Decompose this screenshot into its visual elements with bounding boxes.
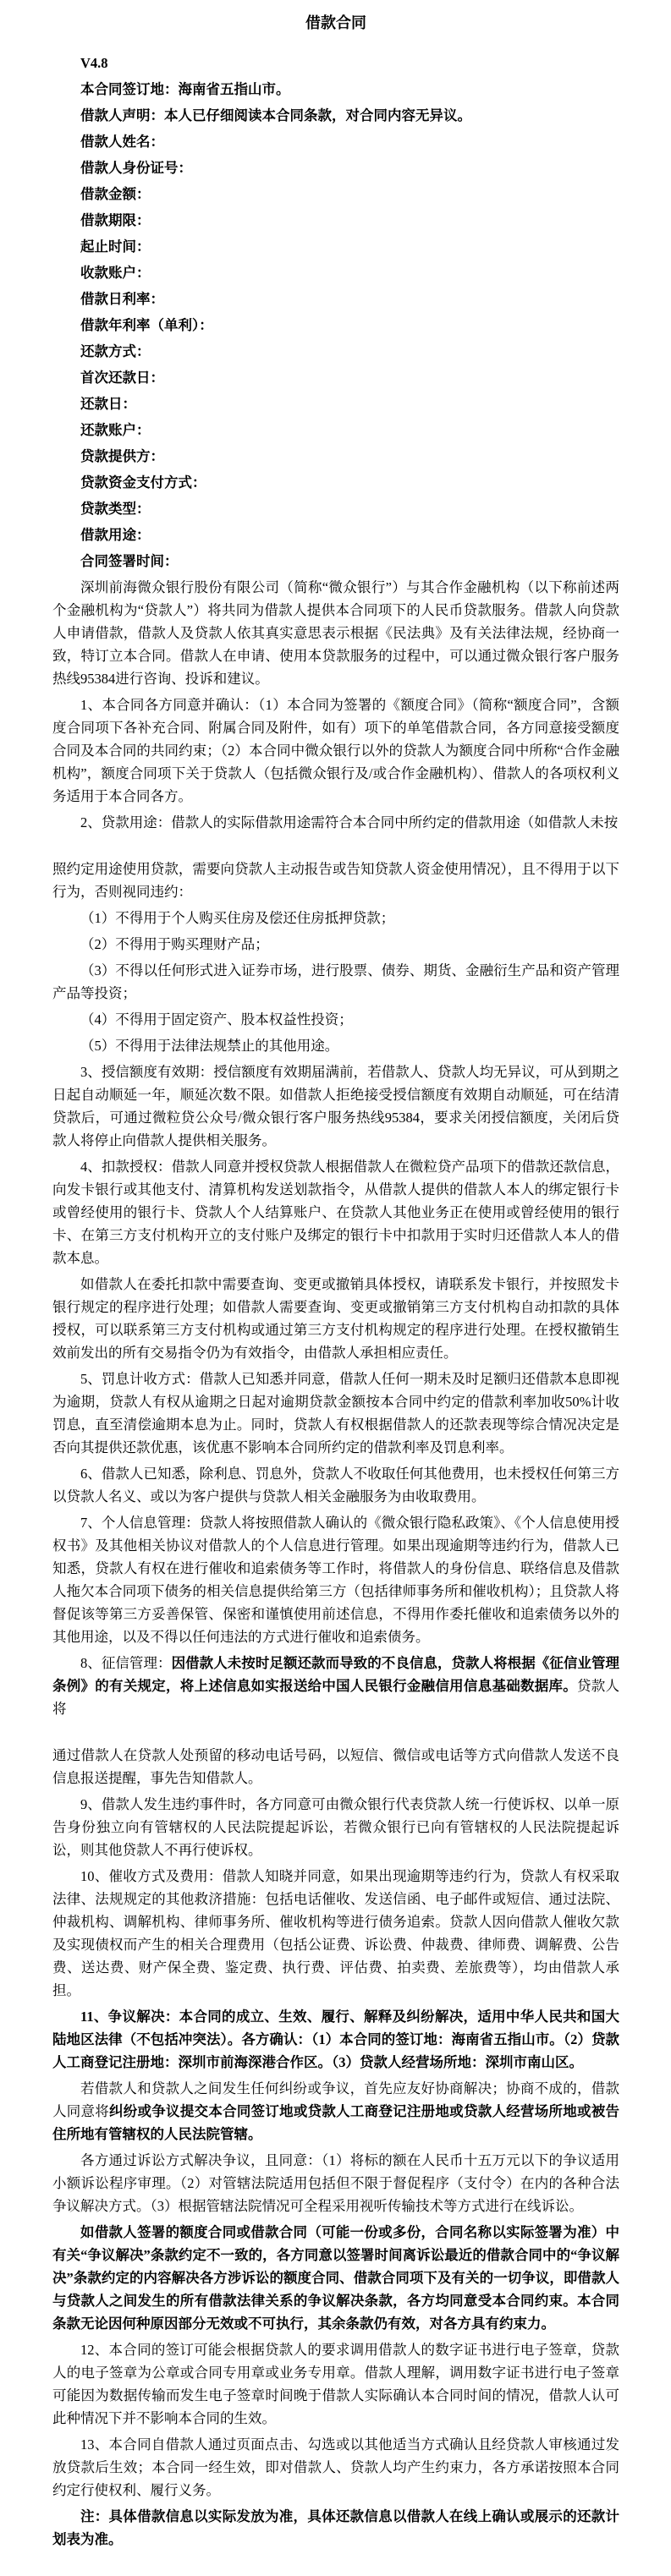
text-run: 8、征信管理：: [80, 1655, 172, 1671]
clause-8-part1: 8、征信管理：因借款人未按时足额还款而导致的不良信息，贷款人将根据《征信业管理条…: [52, 1652, 619, 1720]
field-annual-interest-rate: 借款年利率（单利）：: [52, 314, 619, 337]
text-run: 5、罚息计收方式：借款人已知悉并同意，借款人任何一期未及时足额归还借款本息即视为…: [52, 1371, 619, 1455]
clause-5: 5、罚息计收方式：借款人已知悉并同意，借款人任何一期未及时足额归还借款本息即视为…: [52, 1367, 619, 1459]
text-run: 借款人姓名：: [80, 134, 164, 150]
clause-11: 11、争议解决：本合同的成立、生效、履行、解释及纠纷解决，适用中华人民共和国大陆…: [52, 2005, 619, 2074]
clause-12: 12、本合同的签订可能会根据贷款人的要求调用借款人的数字证书进行电子签章，贷款人…: [52, 2338, 619, 2430]
clause-2-part2: 照约定用途使用贷款，需要向贷款人主动报告或告知贷款人资金使用情况），且不得用于以…: [52, 858, 619, 903]
text-run: 本合同签订地：海南省五指山市。: [80, 81, 290, 97]
field-repayment-account: 还款账户：: [52, 419, 619, 441]
clause-2-item-3: （3）不得以任何形式进入证券市场，进行股票、债券、期货、金融衍生产品和资产管理产…: [52, 959, 619, 1005]
text-run: 首次还款日：: [80, 370, 164, 386]
clause-11-negotiation: 若借款人和贷款人之间发生任何纠纷或争议，首先应友好协商解决；协商不成的，借款人同…: [52, 2077, 619, 2146]
text-run: 起止时间：: [80, 238, 151, 255]
field-repayment-method: 还款方式：: [52, 340, 619, 363]
text-run: 10、催收方式及费用：借款人知晓并同意，如果出现逾期等违约行为，贷款人有权采取法…: [52, 1868, 619, 1998]
clause-2-item-4: （4）不得用于固定资产、股本权益性投资；: [52, 1008, 619, 1031]
clause-3: 3、授信额度有效期：授信额度有效期届满前，若借款人、贷款人均无异议，可从到期之日…: [52, 1061, 619, 1152]
clause-2-item-2: （2）不得用于购买理财产品；: [52, 933, 619, 956]
text-run: 9、借款人发生违约事件时，各方同意可由微众银行代表贷款人统一行使诉权、以单一原告…: [52, 1796, 619, 1858]
field-loan-purpose: 借款用途：: [52, 523, 619, 546]
field-repayment-date: 还款日：: [52, 392, 619, 415]
clause-11-litigation: 各方通过诉讼方式解决争议，且同意：（1）将标的额在人民币十五万元以下的争议适用小…: [52, 2149, 619, 2217]
text-run: 贷款资金支付方式：: [80, 474, 206, 491]
text-run: 借款用途：: [80, 527, 151, 543]
text-run: 深圳前海微众银行股份有限公司（简称“微众银行”）与其合作金融机构（以下称前述两个…: [52, 579, 619, 687]
text-run: 注：具体借款信息以实际发放为准，具体还款信息以借款人在线上确认或展示的还款计划表…: [52, 2508, 619, 2547]
clause-8-part2: 通过借款人在贷款人处预留的移动电话号码，以短信、微信或电话等方式向借款人发送不良…: [52, 1744, 619, 1789]
text-run: 如借款人在委托扣款中需要查询、变更或撤销具体授权，请联系发卡银行，并按照发卡银行…: [52, 1276, 619, 1361]
text-run: 3、授信额度有效期：授信额度有效期届满前，若借款人、贷款人均无异议，可从到期之日…: [52, 1064, 619, 1148]
clause-7: 7、个人信息管理：贷款人将按照借款人确认的《微众银行隐私政策》、《个人信息使用授…: [52, 1511, 619, 1648]
clause-6: 6、借款人已知悉，除利息、罚息外，贷款人不收取任何其他费用，也未授权任何第三方以…: [52, 1462, 619, 1508]
field-loan-type: 贷款类型：: [52, 497, 619, 520]
field-borrower-name: 借款人姓名：: [52, 130, 619, 153]
text-run: （5）不得用于法律法规禁止的其他用途。: [80, 1038, 338, 1054]
field-first-repayment-date: 首次还款日：: [52, 366, 619, 389]
text-run: 6、借款人已知悉，除利息、罚息外，贷款人不收取任何其他费用，也未授权任何第三方以…: [52, 1466, 619, 1504]
text-run: 合同签署时间：: [80, 553, 179, 569]
text-run: 借款人声明：本人已仔细阅读本合同条款，对合同内容无异议。: [80, 107, 471, 123]
text-run: 借款期限：: [80, 212, 151, 228]
text-run: （3）不得以任何形式进入证券市场，进行股票、债券、期货、金融衍生产品和资产管理产…: [52, 962, 619, 1001]
clause-4: 4、扣款授权：借款人同意并授权贷款人根据借款人在微粒贷产品项下的借款还款信息，向…: [52, 1155, 619, 1269]
text-run: 各方通过诉讼方式解决争议，且同意：（1）将标的额在人民币十五万元以下的争议适用小…: [52, 2152, 619, 2214]
document-title: 借款合同: [52, 12, 619, 35]
clause-2-part1: 2、贷款用途：借款人的实际借款用途需符合本合同中所约定的借款用途（如借款人未按: [52, 811, 619, 834]
text-run: 借款人身份证号：: [80, 160, 192, 176]
text-run: 2、贷款用途：借款人的实际借款用途需符合本合同中所约定的借款用途（如借款人未按: [80, 814, 618, 830]
text-run: 借款日利率：: [80, 291, 164, 307]
field-loan-amount: 借款金额：: [52, 183, 619, 206]
field-borrower-declaration: 借款人声明：本人已仔细阅读本合同条款，对合同内容无异议。: [52, 104, 619, 127]
text-run: 收款账户：: [80, 265, 151, 281]
field-receiving-account: 收款账户：: [52, 261, 619, 284]
text-run: 1、本合同各方同意并确认：（1）本合同为签署的《额度合同》（简称“额度合同”，含…: [52, 697, 619, 804]
field-borrower-id-number: 借款人身份证号：: [52, 156, 619, 179]
text-run: 纠纷或争议提交本合同签订地或贷款人工商登记注册地或贷款人经营场所地或被告住所地有…: [52, 2103, 619, 2142]
text-run: 还款方式：: [80, 343, 151, 359]
text-run: 12、本合同的签订可能会根据贷款人的要求调用借款人的数字证书进行电子签章，贷款人…: [52, 2342, 619, 2426]
text-run: 如借款人签署的额度合同或借款合同（可能一份或多份，合同名称以实际签署为准）中有关…: [52, 2224, 619, 2332]
field-daily-interest-rate: 借款日利率：: [52, 288, 619, 310]
clause-13: 13、本合同自借款人通过页面点击、勾选或以其他适当方式确认且经贷款人审核通过发放…: [52, 2433, 619, 2502]
clause-2-item-5: （5）不得用于法律法规禁止的其他用途。: [52, 1034, 619, 1057]
text-run: （2）不得用于购买理财产品；: [80, 936, 269, 952]
intro-paragraph: 深圳前海微众银行股份有限公司（简称“微众银行”）与其合作金融机构（以下称前述两个…: [52, 576, 619, 690]
document-body: V4.8本合同签订地：海南省五指山市。借款人声明：本人已仔细阅读本合同条款，对合…: [52, 52, 619, 2551]
field-contract-signing-time: 合同签署时间：: [52, 550, 619, 573]
loan-contract-page: 借款合同 V4.8本合同签订地：海南省五指山市。借款人声明：本人已仔细阅读本合同…: [0, 0, 671, 2576]
field-loan-provider: 贷款提供方：: [52, 445, 619, 468]
clause-11-conflict: 如借款人签署的额度合同或借款合同（可能一份或多份，合同名称以实际签署为准）中有关…: [52, 2221, 619, 2335]
clause-4-authorization-change: 如借款人在委托扣款中需要查询、变更或撤销具体授权，请联系发卡银行，并按照发卡银行…: [52, 1273, 619, 1364]
clause-10: 10、催收方式及费用：借款人知晓并同意，如果出现逾期等违约行为，贷款人有权采取法…: [52, 1865, 619, 2002]
clause-1: 1、本合同各方同意并确认：（1）本合同为签署的《额度合同》（简称“额度合同”，含…: [52, 693, 619, 808]
text-run: （1）不得用于个人购买住房及偿还住房抵押贷款；: [80, 910, 394, 926]
text-run: 13、本合同自借款人通过页面点击、勾选或以其他适当方式确认且经贷款人审核通过发放…: [52, 2436, 619, 2498]
text-run: 贷款提供方：: [80, 448, 164, 464]
field-loan-fund-payment-method: 贷款资金支付方式：: [52, 471, 619, 494]
field-loan-term: 借款期限：: [52, 209, 619, 232]
text-run: 还款账户：: [80, 422, 151, 438]
text-run: 贷款类型：: [80, 501, 151, 517]
text-run: 7、个人信息管理：贷款人将按照借款人确认的《微众银行隐私政策》、《个人信息使用授…: [52, 1515, 619, 1645]
text-run: 照约定用途使用贷款，需要向贷款人主动报告或告知贷款人资金使用情况），且不得用于以…: [52, 861, 619, 900]
text-run: V4.8: [80, 55, 108, 71]
text-run: 4、扣款授权：借款人同意并授权贷款人根据借款人在微粒贷产品项下的借款还款信息，向…: [52, 1159, 619, 1266]
field-start-end-time: 起止时间：: [52, 235, 619, 258]
text-run: 11、争议解决：本合同的成立、生效、履行、解释及纠纷解决，适用中华人民共和国大陆…: [52, 2009, 619, 2070]
text-run: 借款年利率（单利）：: [80, 317, 213, 333]
note: 注：具体借款信息以实际发放为准，具体还款信息以借款人在线上确认或展示的还款计划表…: [52, 2505, 619, 2551]
text-run: 还款日：: [80, 396, 136, 412]
clause-9: 9、借款人发生违约事件时，各方同意可由微众银行代表贷款人统一行使诉权、以单一原告…: [52, 1793, 619, 1861]
clause-2-item-1: （1）不得用于个人购买住房及偿还住房抵押贷款；: [52, 907, 619, 929]
field-signing-place: 本合同签订地：海南省五指山市。: [52, 78, 619, 101]
text-run: 借款金额：: [80, 186, 151, 202]
version-label: V4.8: [52, 52, 619, 74]
text-run: 通过借款人在贷款人处预留的移动电话号码，以短信、微信或电话等方式向借款人发送不良…: [52, 1747, 619, 1786]
text-run: （4）不得用于固定资产、股本权益性投资；: [80, 1011, 353, 1028]
